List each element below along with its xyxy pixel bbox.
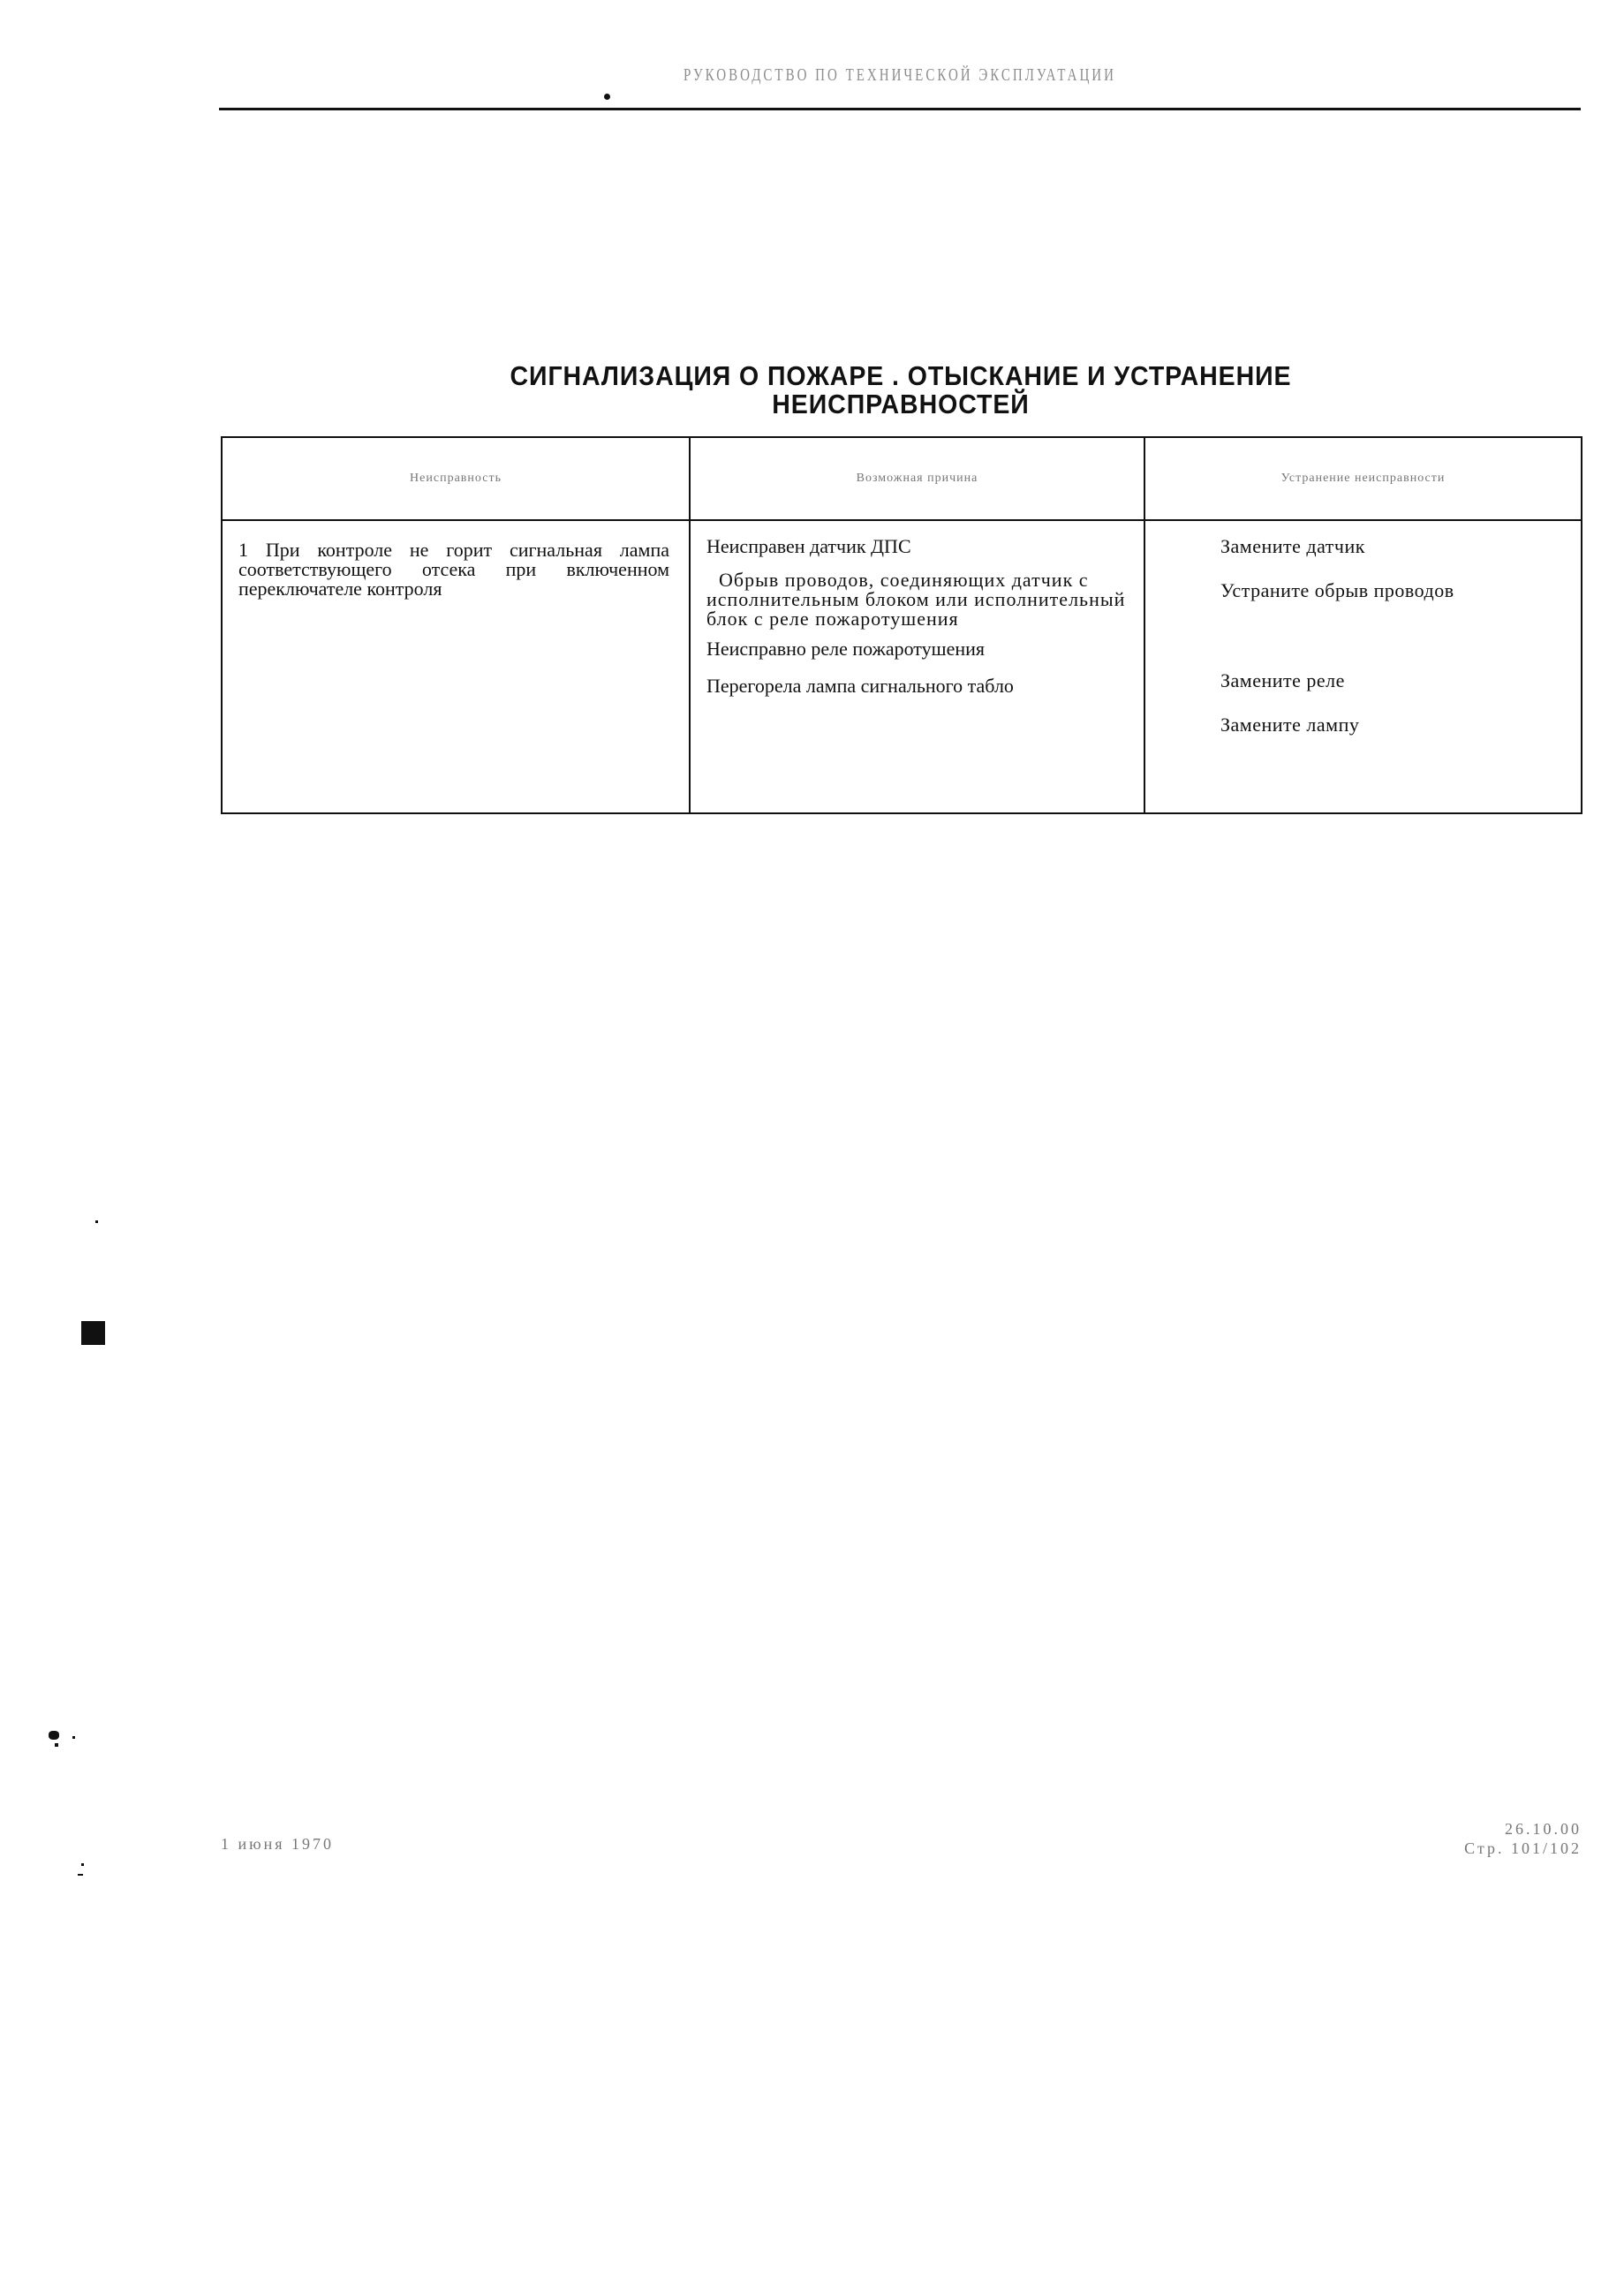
scan-speck bbox=[78, 1874, 83, 1876]
footer-revision: 26.10.00 bbox=[1464, 1819, 1582, 1839]
scan-speck bbox=[55, 1743, 58, 1747]
title-line-2: НЕИСПРАВНОСТЕЙ bbox=[276, 390, 1527, 419]
footer-date: 1 июня 1970 bbox=[221, 1835, 334, 1854]
scan-speck bbox=[72, 1736, 75, 1739]
column-header-fault: Неисправность bbox=[222, 437, 690, 520]
column-header-cause: Возможная причина bbox=[690, 437, 1144, 520]
remedy-item: Замените датчик bbox=[1220, 537, 1563, 556]
remedy-item: Замените реле bbox=[1220, 671, 1563, 691]
causes-cell: Неисправен датчик ДПС Обрыв проводов, со… bbox=[690, 520, 1144, 813]
fault-text: 1 При контроле не горит сигнальная лампа… bbox=[223, 521, 689, 599]
troubleshooting-table: Неисправность Возможная причина Устранен… bbox=[221, 436, 1582, 814]
table-header-row: Неисправность Возможная причина Устранен… bbox=[222, 437, 1582, 520]
page-title: СИГНАЛИЗАЦИЯ О ПОЖАРЕ . ОТЫСКАНИЕ И УСТР… bbox=[276, 362, 1527, 419]
scan-speck bbox=[604, 94, 610, 100]
remedy-item: Замените лампу bbox=[1220, 715, 1563, 735]
scan-speck bbox=[81, 1863, 84, 1866]
footer-page-number: Стр. 101/102 bbox=[1464, 1839, 1582, 1858]
cause-item: Неисправно реле пожаротушения bbox=[706, 639, 1126, 659]
scan-mark-square bbox=[81, 1321, 105, 1345]
remedy-item: Устраните обрыв проводов bbox=[1220, 581, 1563, 600]
column-header-remedy: Устранение неисправности bbox=[1144, 437, 1582, 520]
cause-item: Неисправен датчик ДПС bbox=[706, 537, 1126, 556]
title-line-1: СИГНАЛИЗАЦИЯ О ПОЖАРЕ . ОТЫСКАНИЕ И УСТР… bbox=[276, 362, 1527, 390]
table-row: 1 При контроле не горит сигнальная лампа… bbox=[222, 520, 1582, 813]
remedies-cell: Замените датчик Устраните обрыв проводов… bbox=[1144, 520, 1582, 813]
cause-item: Перегорела лампа сигнального табло bbox=[706, 676, 1126, 696]
scan-speck bbox=[95, 1220, 98, 1223]
running-head: РУКОВОДСТВО ПО ТЕХНИЧЕСКОЙ ЭКСПЛУАТАЦИИ bbox=[219, 66, 1581, 86]
footer-page-info: 26.10.00 Стр. 101/102 bbox=[1464, 1819, 1582, 1858]
header-rule bbox=[219, 108, 1581, 110]
fault-cell: 1 При контроле не горит сигнальная лампа… bbox=[222, 520, 690, 813]
scan-speck bbox=[49, 1731, 59, 1740]
cause-item: Обрыв проводов, соединяющих датчик с исп… bbox=[706, 570, 1126, 629]
